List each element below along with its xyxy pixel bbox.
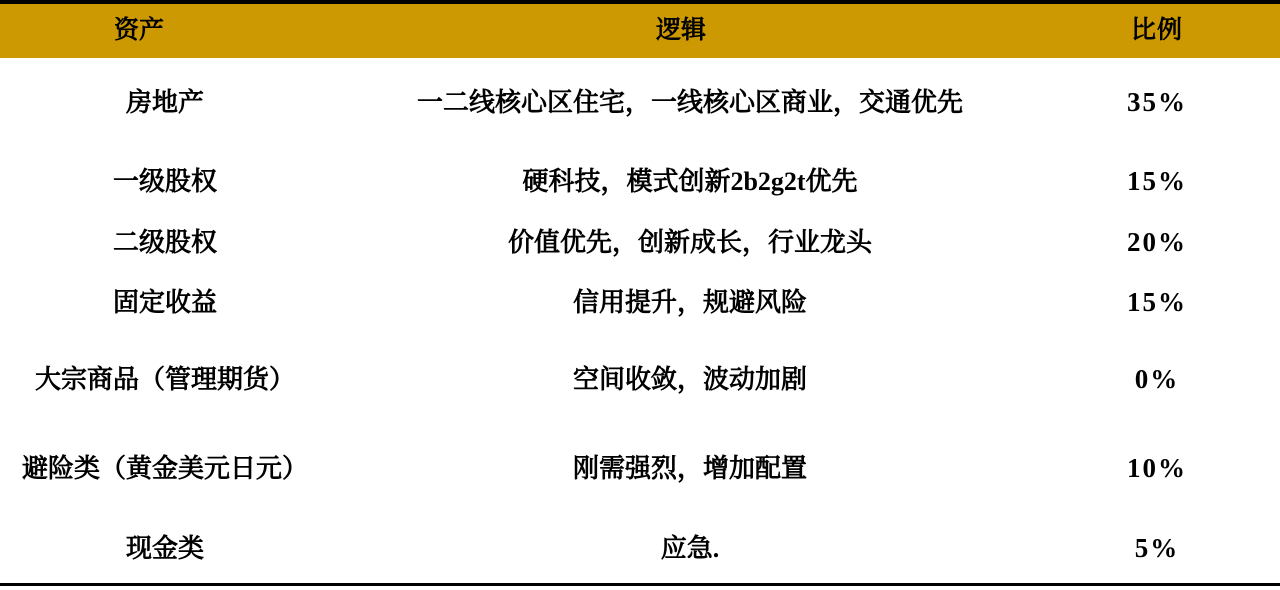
ratio-cell: 5% — [1050, 533, 1280, 564]
logic-cell: 硬科技，模式创新2b2g2t优先 — [330, 167, 1050, 197]
table-row: 房地产 一二线核心区住宅，一线核心区商业，交通优先 35% — [0, 58, 1280, 148]
asset-cell: 避险类（黄金美元日元） — [0, 454, 330, 484]
logic-cell: 一二线核心区住宅，一线核心区商业，交通优先 — [330, 88, 1050, 118]
table-body: 房地产 一二线核心区住宅，一线核心区商业，交通优先 35% 一级股权 硬科技，模… — [0, 58, 1280, 583]
asset-cell: 二级股权 — [0, 228, 330, 258]
asset-cell: 房地产 — [0, 88, 330, 118]
table-row: 二级股权 价值优先，创新成长，行业龙头 20% — [0, 215, 1280, 270]
table-row: 大宗商品（管理期货） 空间收敛，波动加剧 0% — [0, 336, 1280, 423]
table-row: 一级股权 硬科技，模式创新2b2g2t优先 15% — [0, 148, 1280, 215]
header-logic: 逻辑 — [330, 17, 1050, 46]
logic-cell: 空间收敛，波动加剧 — [330, 365, 1050, 395]
bottom-rule — [0, 583, 1280, 586]
table-row: 固定收益 信用提升，规避风险 15% — [0, 270, 1280, 336]
table-header: 资产 逻辑 比例 — [0, 4, 1280, 58]
logic-cell: 刚需强烈，增加配置 — [330, 454, 1050, 484]
ratio-cell: 15% — [1050, 287, 1280, 318]
ratio-cell: 35% — [1050, 87, 1280, 118]
ratio-cell: 20% — [1050, 227, 1280, 258]
ratio-cell: 15% — [1050, 166, 1280, 197]
asset-cell: 大宗商品（管理期货） — [0, 365, 330, 395]
ratio-cell: 10% — [1050, 453, 1280, 484]
header-asset: 资产 — [0, 17, 330, 46]
logic-cell: 价值优先，创新成长，行业龙头 — [330, 228, 1050, 258]
table-row: 避险类（黄金美元日元） 刚需强烈，增加配置 10% — [0, 423, 1280, 514]
logic-cell: 应急. — [330, 534, 1050, 564]
asset-allocation-table: 资产 逻辑 比例 房地产 一二线核心区住宅，一线核心区商业，交通优先 35% 一… — [0, 0, 1280, 590]
asset-cell: 一级股权 — [0, 167, 330, 197]
ratio-cell: 0% — [1050, 364, 1280, 395]
asset-cell: 现金类 — [0, 534, 330, 564]
logic-cell: 信用提升，规避风险 — [330, 288, 1050, 318]
header-ratio: 比例 — [1050, 17, 1280, 46]
table-row: 现金类 应急. 5% — [0, 514, 1280, 583]
asset-cell: 固定收益 — [0, 288, 330, 318]
